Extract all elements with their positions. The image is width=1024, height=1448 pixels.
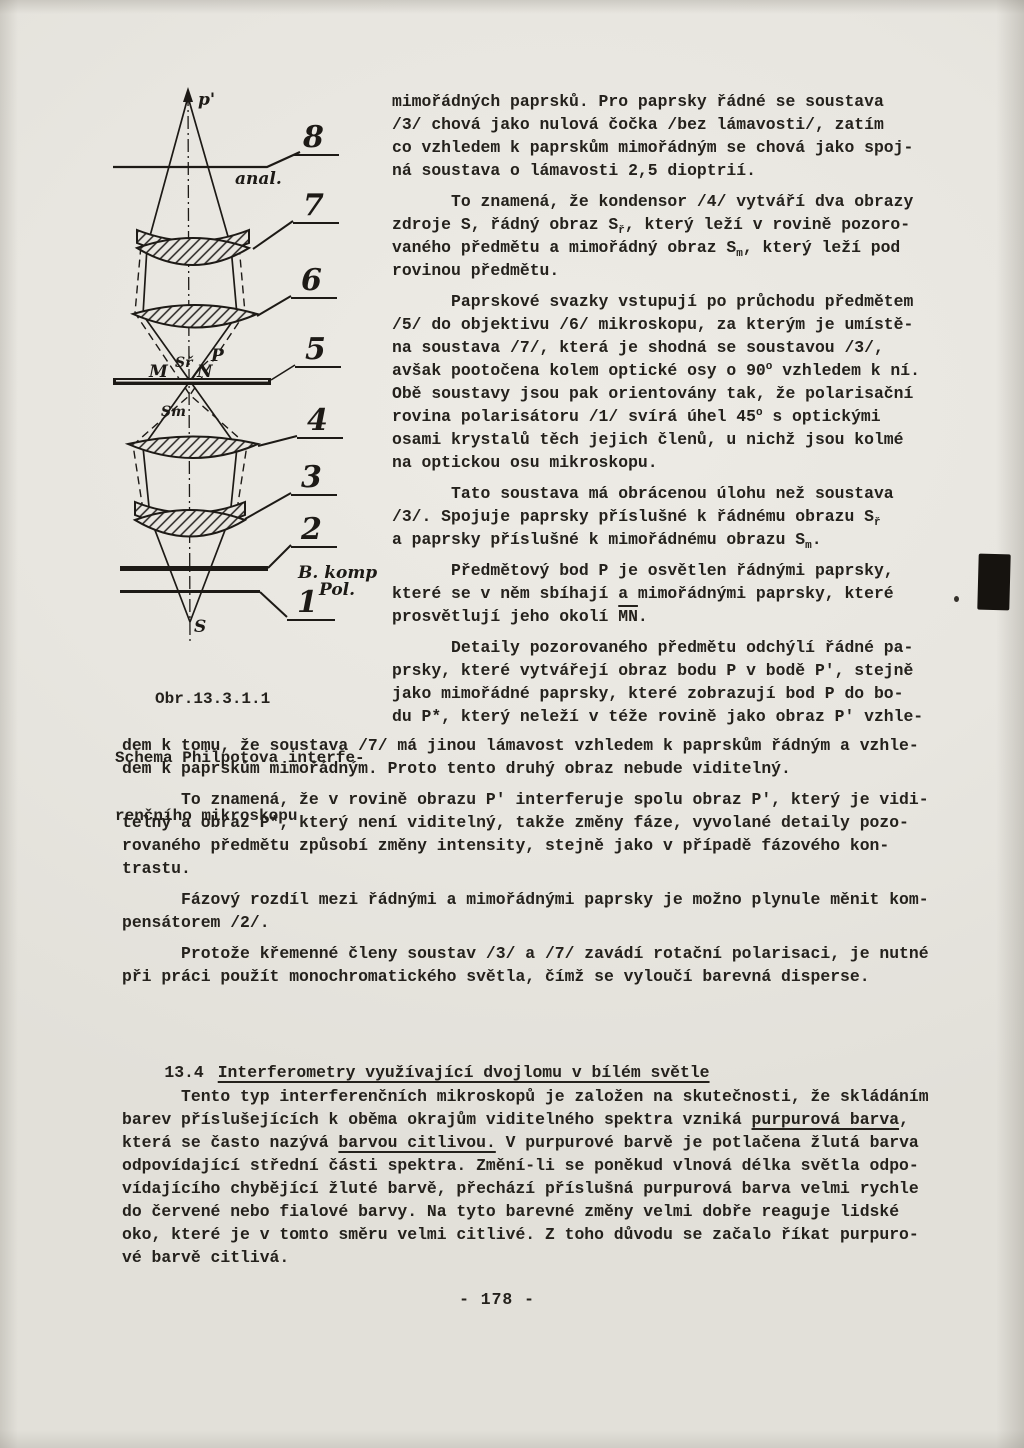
paragraph: Předmětový bod P je osvětlen řádnými pap… [392,559,923,628]
ink-dot-artifact [954,596,959,602]
text-line: rovaného předmětu způsobí změny intensit… [122,834,929,857]
text-line: a paprsky příslušné k mimořádnému obrazu… [392,528,923,551]
paragraph: Tato soustava má obrácenou úlohu než sou… [392,482,923,551]
label-n-point: N [196,362,214,382]
compensator-2 [120,566,268,571]
paragraph: Paprskové svazky vstupují po průchodu př… [392,290,923,474]
text-line: Obě soustavy jsou pak orientovány tak, ž… [392,382,923,405]
text-line: Tato soustava má obrácenou úlohu než sou… [392,482,923,505]
label-s-ordinary: Sř [175,355,194,371]
label-s-extraordinary: Sm [161,404,186,420]
text-line: do červené nebo fialové barvy. Na tyto b… [122,1200,929,1223]
paragraph: To znamená, že kondensor /4/ vytváří dva… [392,190,923,282]
body-full-upper: dem k tomu, že soustava /7/ má jinou lám… [122,734,929,996]
text-line: která se často nazývá barvou citlivou. V… [122,1131,929,1154]
label-s-source: S [194,617,206,637]
label-1: 1 [297,585,318,620]
text-line: při práci použít monochromatického světl… [122,965,929,988]
text-line: prsky, které vytvářejí obraz bodu P v bo… [392,659,923,682]
text-line: Fázový rozdíl mezi řádnými a mimořádnými… [122,888,929,911]
figure-caption-number: Obr.13.3.1.1 [115,690,365,710]
label-4: 4 [307,403,328,438]
text-line: du P*, který neleží v téže rovině jako o… [392,705,923,728]
text-line: To znamená, že kondensor /4/ vytváří dva… [392,190,923,213]
page-number: - 178 - [0,1290,994,1309]
paragraph: To znamená, že v rovině obrazu P' interf… [122,788,929,880]
text-line: dem k tomu, že soustava /7/ má jinou lám… [122,734,929,757]
text-line: Paprskové svazky vstupují po průchodu př… [392,290,923,313]
ink-blot-artifact [977,554,1010,611]
paragraph: dem k tomu, že soustava /7/ má jinou lám… [122,734,929,780]
text-line: Detaily pozorovaného předmětu odchýlí řá… [392,636,923,659]
label-p-prime: p' [198,90,215,110]
text-line: Tento typ interferenčních mikroskopů je … [122,1085,929,1108]
text-line: zdroje S, řádný obraz Sř, který leží v r… [392,213,923,236]
text-line: na soustava /7/, která je shodná se sous… [392,336,923,359]
label-8: 8 [302,120,324,155]
text-line: vídajícího chybějící žluté barvě, přechá… [122,1177,929,1200]
section-number: 13.4 [164,1063,203,1082]
label-3: 3 [301,460,322,495]
label-analyzer: anal. [235,169,282,189]
text-line: vé barvě citlivá. [122,1246,929,1269]
paragraph: Detaily pozorovaného předmětu odchýlí řá… [392,636,923,728]
label-6: 6 [301,263,322,298]
text-line: To znamená, že v rovině obrazu P' interf… [122,788,929,811]
body-full-lower: Tento typ interferenčních mikroskopů je … [122,1085,929,1277]
text-line: avšak pootočena kolem optické osy o 90o … [392,359,923,382]
text-line: /5/ do objektivu /6/ mikroskopu, za kter… [392,313,923,336]
text-line: pensátorem /2/. [122,911,929,934]
text-line: Protože křemenné členy soustav /3/ a /7/… [122,942,929,965]
paragraph: Fázový rozdíl mezi řádnými a mimořádnými… [122,888,929,934]
object-plane-5-inner [116,380,268,382]
section-title: Interferometry využívající dvojlomu v bí… [218,1063,710,1082]
text-line: co vzhledem k paprskům mimořádným se cho… [392,136,923,159]
label-pol-note: Pol. [318,580,355,600]
polarizer-1 [120,590,260,593]
label-m-point: M [148,362,169,382]
paragraph: Protože křemenné členy soustav /3/ a /7/… [122,942,929,988]
leader-5 [271,365,295,380]
lens-4 [128,437,258,459]
text-line: mimořádných paprsků. Pro paprsky řádné s… [392,90,923,113]
text-line: rovinou předmětu. [392,259,923,282]
text-line: trastu. [122,857,929,880]
text-line: ná soustava o lámavosti 2,5 dioptrií. [392,159,923,182]
text-line: /3/. Spojuje paprsky příslušné k řádnému… [392,505,923,528]
label-5: 5 [305,332,326,367]
text-line: oko, které je v tomto směru velmi citliv… [122,1223,929,1246]
paragraph: Tento typ interferenčních mikroskopů je … [122,1085,929,1269]
label-2: 2 [300,512,322,547]
paragraph: mimořádných paprsků. Pro paprsky řádné s… [392,90,923,182]
scanned-page: p' 8 anal. 7 6 5 Sř P M N Sm 4 3 2 B. ko… [0,0,1024,1448]
text-line: telný a obraz P*, který není viditelný, … [122,811,929,834]
text-line: které se v něm sbíhají a mimořádnými pap… [392,582,923,605]
number-callouts [245,155,343,620]
body-column: mimořádných paprsků. Pro paprsky řádné s… [392,90,923,736]
text-line: rovina polarisátoru /1/ svírá úhel 45o s… [392,405,923,428]
text-line: /3/ chová jako nulová čočka /bez lámavos… [392,113,923,136]
text-line: odpovídající střední části spektra. Změn… [122,1154,929,1177]
label-7: 7 [303,188,324,223]
text-line: na optickou osu mikroskopu. [392,451,923,474]
figure-diagram: p' 8 anal. 7 6 5 Sř P M N Sm 4 3 2 B. ko… [95,85,385,655]
lens-3-lower [135,510,245,537]
text-line: Předmětový bod P je osvětlen řádnými pap… [392,559,923,582]
text-line: barev příslušejících k oběma okrajům vid… [122,1108,929,1131]
text-line: jako mimořádné paprsky, které zobrazují … [392,682,923,705]
text-line: osami krystalů těch jejich členů, u nich… [392,428,923,451]
text-line: vaného předmětu a mimořádný obraz Sm, kt… [392,236,923,259]
lens-6 [133,305,257,328]
text-line: dem k paprskům mimořádným. Proto tento d… [122,757,929,780]
text-line: prosvětlují jeho okolí MN. [392,605,923,628]
